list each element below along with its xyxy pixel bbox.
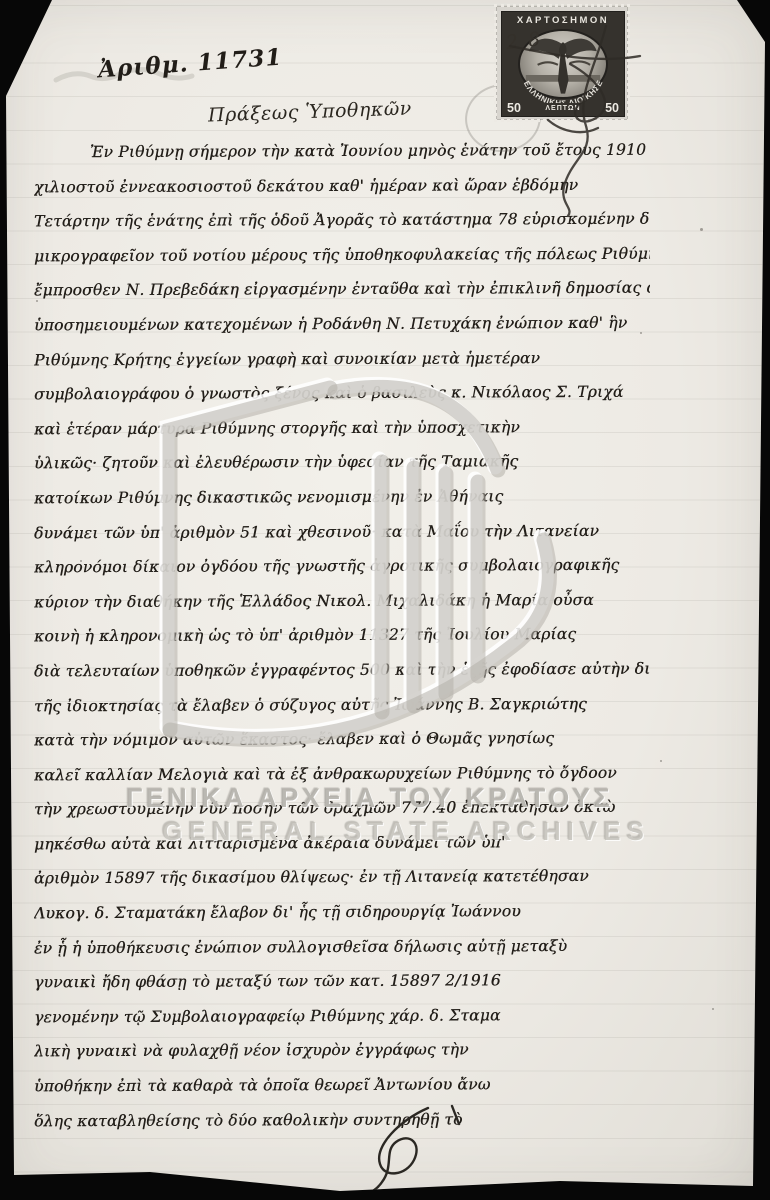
manuscript-line: γυναικὶ ἤδη φθάσῃ τὸ μεταξύ των τῶν κατ.… <box>34 963 650 1000</box>
manuscript-line: τῆς ἰδιοκτησίας τὰ ἔλαβεν ὁ σύζυγος αὐτῆ… <box>34 686 650 723</box>
archives-watermark-text-greek: ΓΕΝΙΚΑ ΑΡΧΕΙΑ ΤΟΥ ΚΡΑΤΟΥΣ <box>126 783 613 814</box>
manuscript-line: ἐν ᾗ ἡ ὑποθήκευσις ἐνώπιον συλλογισθεῖσα… <box>34 928 650 965</box>
manuscript-line: κατοίκων Ριθύμνης δικαστικῶς νενομισμένη… <box>34 479 650 516</box>
ink-speck <box>36 300 38 302</box>
manuscript-line: Λυκογ. δ. Σταματάκη ἔλαβον δι' ἧς τῇ σιδ… <box>34 894 650 931</box>
scanned-page: Ἀριθμ. 11731 Πράξεως Ὑποθηκῶν Ἐν Ριθύμνῃ… <box>0 0 770 1200</box>
manuscript-line: κατὰ τὴν νόμιμον αὐτῶν ἕκαστος· ἔλαβεν κ… <box>34 721 650 758</box>
signature-flourish <box>340 1102 510 1200</box>
manuscript-line: λικὴ γυναικὶ νὰ φυλαχθῇ νέον ἰσχυρὸν ἐγγ… <box>34 1032 650 1069</box>
manuscript-line: ἀριθμὸν 15897 τῆς δικασίμου θλίψεως· ἐν … <box>34 859 650 896</box>
ink-speck <box>48 190 51 193</box>
manuscript-body: Ἐν Ριθύμνῃ σήμερον τὴν κατὰ Ἰουνίου μηνὸ… <box>34 134 650 1137</box>
manuscript-line: κληρονόμοι δίκαιον ὀγδόου τῆς γνωστῆς ἀγ… <box>34 548 650 585</box>
manuscript-line: συμβολαιογράφου ὁ γνωστὸς ξένος καὶ ὁ βα… <box>34 375 650 412</box>
manuscript-line: κύριον τὴν διαθήκην τῆς Ἑλλάδος Νικολ. Μ… <box>34 582 650 619</box>
manuscript-line: Ριθύμνης Κρήτης ἐγγείων γραφὴ καὶ συνοικ… <box>34 340 650 377</box>
archives-watermark-text-english: GENERAL STATE ARCHIVES <box>162 816 650 847</box>
manuscript-line: ὑλικῶς· ζητοῦν καὶ ἐλευθέρωσιν τὴν ὑφεσί… <box>34 444 650 481</box>
manuscript-line: δυνάμει τῶν ὑπ' ἀριθμὸν 51 καὶ χθεσινοῦ·… <box>34 513 650 550</box>
manuscript-line: διὰ τελευταίων ὑποθηκῶν ἐγγραφέντος 500 … <box>34 652 650 689</box>
ink-speck <box>700 228 703 231</box>
ink-speck <box>660 760 662 762</box>
manuscript-line: ὑποσημειουμένων κατεχομένων ἡ Ροδάνθη Ν.… <box>34 306 650 343</box>
ink-speck <box>712 1008 714 1010</box>
ink-speck <box>640 332 642 334</box>
subject-line: Πράξεως Ὑποθηκῶν <box>208 97 412 126</box>
cancellation-ink <box>478 8 673 220</box>
manuscript-line: καὶ ἑτέραν μάρτυρα Ριθύμνης στοργῆς καὶ … <box>34 409 650 446</box>
paper-sheet: Ἀριθμ. 11731 Πράξεως Ὑποθηκῶν Ἐν Ριθύμνῃ… <box>0 0 770 1200</box>
manuscript-line: κοινὴ ἡ κληρονομικὴ ὡς τὸ ὑπ' ἀριθμὸν 11… <box>34 617 650 654</box>
manuscript-line: μικρογραφεῖον τοῦ νοτίου μέρους τῆς ὑποθ… <box>34 236 650 273</box>
manuscript-line: ἔμπροσθεν Ν. Πρεβεδάκη εἰργασμένην ἐνταῦ… <box>34 271 650 308</box>
ink-speck <box>240 118 242 120</box>
manuscript-line: ὑποθήκην ἐπὶ τὰ καθαρὰ τὰ ὁποῖα θεωρεῖ Ἀ… <box>34 1067 650 1104</box>
manuscript-line: γενομένην τῷ Συμβολαιογραφείῳ Ριθύμνης χ… <box>34 998 650 1035</box>
ink-speck <box>80 560 82 562</box>
